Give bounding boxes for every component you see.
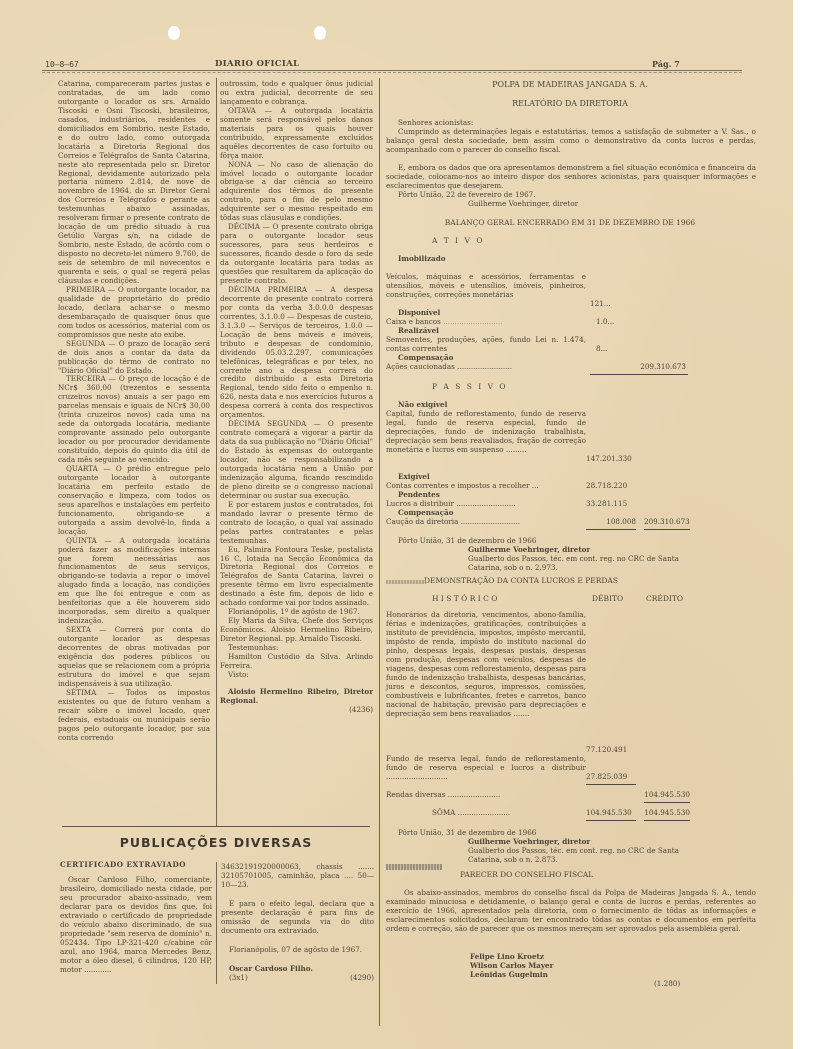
passivo-item: Lucros a distribuir ....................… (386, 499, 586, 508)
issue-date: 10—8—67 (45, 60, 79, 69)
lucros-row: Rendas diversas ....................... (386, 790, 586, 799)
ativo-group: Disponível (398, 308, 440, 317)
closing-signer: Guilherme Voehringer, diretor (468, 545, 590, 554)
ativo-group: Realizável (398, 326, 439, 335)
row-label: Rendas diversas (386, 790, 445, 799)
balance-title: BALANÇO GERAL ENCERRADO EM 31 DE DEZEMBR… (386, 218, 754, 227)
passivo-item: Contas correntes e impostos a recolher .… (386, 481, 586, 490)
passivo-heading: P A S S I V O (432, 382, 508, 391)
clause-oitava: OITAVA — A outorgada locatária sòmente s… (220, 107, 373, 161)
row-label: Honorários da diretoria, vencimentos, ab… (386, 610, 586, 718)
subtotal-rule (586, 784, 636, 785)
certificado-text: Oscar Cardoso Filho, comerciante, brasil… (60, 875, 212, 974)
lucros-row: Honorários da diretoria, vencimentos, ab… (386, 610, 586, 718)
soma-label: SÔMA (432, 808, 455, 817)
passivo-group: Pendentes (398, 490, 440, 499)
vehicle-details: 34632191920000063, chassis ....... 32105… (221, 862, 374, 889)
clause-primeira: PRIMEIRA — O outorgante locador, na qual… (58, 286, 210, 340)
ativo-item: Ações caucionadas ......................… (386, 362, 586, 371)
subtotal-rule (586, 529, 636, 530)
report-paragraph: E, embora os dados que ora apresentamos … (386, 163, 756, 190)
clause-quarta: QUARTA — O prédio entregue pelo outorgan… (58, 465, 210, 537)
total-rule (644, 529, 690, 530)
closing-accountant: Gualberto dos Passos, téc. em cont. reg.… (468, 846, 698, 864)
total-rule (586, 820, 636, 821)
row-label: Fundo de reserva legal, fundo de reflore… (386, 754, 586, 772)
declaration: E para o efeito legal, declara que a pre… (221, 899, 374, 935)
contract-column-1: Catarina, compareceram partes justas e c… (58, 80, 210, 743)
lucros-row: Fundo de reserva legal, fundo de reflore… (386, 754, 586, 781)
ativo-group: Imobilizado (398, 254, 446, 263)
debito-heading: DÉBITO (592, 594, 623, 603)
visto-signer: Aloisio Hermelino Ribeiro, Diretor Regio… (220, 688, 373, 706)
passivo-value: 108.008 (596, 517, 636, 526)
total-rule (590, 374, 688, 375)
salutation: Senhores acionistas: (398, 118, 473, 127)
punch-hole (168, 26, 180, 40)
subtotal-rule (644, 802, 690, 803)
closing-signer: Guilherme Voehringer, diretor (468, 837, 590, 846)
total-rule (644, 820, 690, 821)
declaration-date: Florianópolis, 07 de agôsto de 1967. (221, 945, 374, 954)
ativo-value: 1.0... (596, 317, 626, 326)
declarant-signature: Oscar Cardoso Filho. (221, 964, 374, 973)
reference-number: (4290) (350, 973, 374, 982)
passivo-group: Compensação (398, 508, 453, 517)
scan-margin (793, 0, 816, 1049)
item-label: Contas correntes e impostos a recolher (386, 481, 530, 490)
parecer-signer: Wilson Carlos Mayer (470, 961, 553, 970)
clause-sexta: SEXTA — Correrá por conta do outorgante … (58, 626, 210, 689)
passivo-value: 33.281.115 (586, 499, 636, 508)
parecer-text: Os abaixo-assinados, membros do conselho… (386, 888, 756, 933)
debito-value: 27.825.039 (586, 772, 636, 781)
insertion-count: (3x1) (229, 973, 248, 982)
clause-setima: SÉTIMA — Todos os impostos existentes ou… (58, 689, 210, 743)
column-divider (216, 862, 217, 984)
ativo-value: 121... (590, 299, 620, 308)
certificado-column-2: 34632191920000063, chassis ....... 32105… (221, 862, 374, 982)
contract-closing: E por estarem justos e contratados, foi … (220, 501, 373, 546)
report-title: RELATÓRIO DA DIRETORIA (386, 99, 754, 108)
closing-date: Pôrto União, 31 de dezembro de 1966 (398, 828, 536, 837)
certificado-column-1: CERTIFICADO EXTRAVIADO Oscar Cardoso Fil… (60, 860, 212, 974)
debito-value: 77.120.491 (586, 745, 636, 754)
clause-nona: NONA — No caso de alienação do imóvel lo… (220, 161, 373, 224)
passivo-total: 209.310.673 (644, 517, 688, 526)
item-label: Caução da diretoria (386, 517, 458, 526)
passivo-group: Exigível (398, 472, 430, 481)
reference-number: (1.280) (654, 979, 680, 988)
company-name: POLPA DE MADEIRAS JANGADA S. A. (386, 80, 754, 89)
clause-decima: DÉCIMA — O presente contrato obriga para… (220, 223, 373, 286)
contract-column-2: outrossim, todo e qualquer ônus judicial… (220, 80, 373, 715)
closing-date: Pôrto União, 31 de dezembro de 1966 (398, 536, 536, 545)
parecer-title: PARECER DO CONSELHO FISCAL (460, 870, 593, 879)
contract-paragraph: outrossim, todo e qualquer ônus judicial… (220, 80, 373, 107)
item-label: Lucros a distribuir (386, 499, 454, 508)
clause-segunda: SEGUNDA — O prazo de locação será de doi… (58, 340, 210, 376)
print-smudge (386, 864, 442, 870)
soma-row: SÔMA ....................... (432, 808, 510, 817)
item-label: Caixa e bancos (386, 317, 441, 326)
column-divider (216, 78, 217, 826)
section-title: PUBLICAÇÕES DIVERSAS (62, 835, 370, 850)
passivo-group: Não exigível (398, 400, 447, 409)
soma-credito: 104.945.530 (644, 808, 690, 817)
page-number: Pág. 7 (652, 59, 680, 69)
clause-quinta: QUINTA — A outorgada locatária poderá fa… (58, 537, 210, 627)
clause-decima-segunda: DÉCIMA SEGUNDA — O presente contrato com… (220, 420, 373, 501)
passivo-value: 28.718.220 (586, 481, 636, 490)
parecer-signer: Leônidas Gugelmin (470, 970, 548, 979)
visto-label: Visto: (220, 671, 373, 680)
report-signer: Guilherme Voehringer, diretor (468, 199, 578, 208)
item-label: Veículos, máquinas e acessórios, ferrame… (386, 272, 586, 299)
certificado-footer: (3x1) (4290) (221, 973, 374, 982)
closing-accountant: Gualberto dos Passos, téc. em cont. reg.… (468, 554, 698, 572)
ativo-value: 8... (596, 344, 626, 353)
passivo-item: Capital, fundo de reflorestamento, fundo… (386, 409, 586, 454)
item-label: Semoventes, produções, ações, fundo Lei … (386, 335, 586, 353)
passivo-item: Caução da diretoria ....................… (386, 517, 586, 526)
historico-heading: H I S T Ó R I C O (432, 594, 497, 603)
report-date: Pôrto União, 22 de fevereiro de 1967. (398, 190, 536, 199)
passivo-value: 147.201.330 (586, 454, 636, 463)
parecer-signer: Felipe Lino Kroetz (470, 952, 544, 961)
lucros-perdas-title: DEMONSTRAÇÃO DA CONTA LUCROS E PERDAS (424, 576, 618, 585)
ativo-heading: A T I V O (432, 236, 484, 245)
report-paragraph: Cumprindo as determinações legais e esta… (386, 127, 756, 154)
contract-signatories: Ely Maria da Silva, Chefe dos Serviços E… (220, 617, 373, 644)
ativo-total: 209.310.673 (640, 362, 686, 371)
soma-debito: 104.945.530 (586, 808, 636, 817)
certificado-title: CERTIFICADO EXTRAVIADO (60, 860, 212, 869)
reference-number: (4236) (220, 706, 373, 715)
print-smudge (386, 580, 426, 584)
header-rule (42, 72, 742, 73)
ativo-item: Veículos, máquinas e acessórios, ferrame… (386, 272, 586, 299)
clause-terceira: TERCEIRA — O preço de locação é de NCr$ … (58, 375, 210, 465)
credito-heading: CRÉDITO (646, 594, 683, 603)
witnesses: Hamilton Custódio da Silva. Arlindo Ferr… (220, 653, 373, 671)
column-divider (379, 78, 380, 1026)
contract-paragraph: Catarina, compareceram partes justas e c… (58, 80, 210, 286)
clause-decima-primeira: DÉCIMA PRIMEIRA — A despesa decorrente d… (220, 286, 373, 420)
ativo-item: Semoventes, produções, ações, fundo Lei … (386, 335, 586, 353)
item-label: Ações caucionadas (386, 362, 455, 371)
punch-hole (314, 26, 326, 40)
section-rule (62, 826, 370, 827)
item-label: Capital, fundo de reflorestamento, fundo… (386, 409, 586, 454)
ativo-group: Compensação (398, 353, 453, 362)
publication-title: DIARIO OFICIAL (215, 59, 299, 69)
ativo-item: Caixa e bancos .........................… (386, 317, 586, 326)
contract-scribe: Eu, Palmira Fontoura Teske, postalista 1… (220, 546, 373, 609)
credito-value: 104.945.530 (644, 790, 690, 799)
